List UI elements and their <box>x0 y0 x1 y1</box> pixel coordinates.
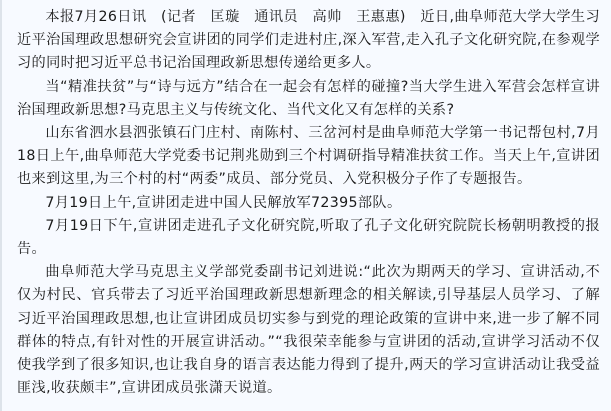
paragraph-villages: 山东省泗水县泗张镇石门庄村、南陈村、三岔河村是曲阜师范大学第一书记帮包村,7月1… <box>17 122 600 192</box>
article-body: 本报7月26日讯 (记者 匡璇 通讯员 高帅 王惠惠) 近日,曲阜师范大学大学生… <box>17 6 600 400</box>
paragraph-questions: 当“精准扶贫”与“诗与远方”结合在一起会有怎样的碰撞?当大学生进入军营会怎样宣讲… <box>17 76 600 122</box>
article-page: 本报7月26日讯 (记者 匡璇 通讯员 高帅 王惠惠) 近日,曲阜师范大学大学生… <box>0 0 611 411</box>
paragraph-lead: 本报7月26日讯 (记者 匡璇 通讯员 高帅 王惠惠) 近日,曲阜师范大学大学生… <box>17 6 600 76</box>
paragraph-confucius-institute: 7月19日下午,宣讲团走进孔子文化研究院,听取了孔子文化研究院院长杨朝明教授的报… <box>17 215 600 261</box>
paragraph-military-visit: 7月19日上午,宣讲团走进中国人民解放军72395部队。 <box>17 192 600 215</box>
paragraph-quotes: 曲阜师范大学马克思主义学部党委副书记刘进说:“此次为期两天的学习、宣讲活动,不仅… <box>17 261 600 400</box>
